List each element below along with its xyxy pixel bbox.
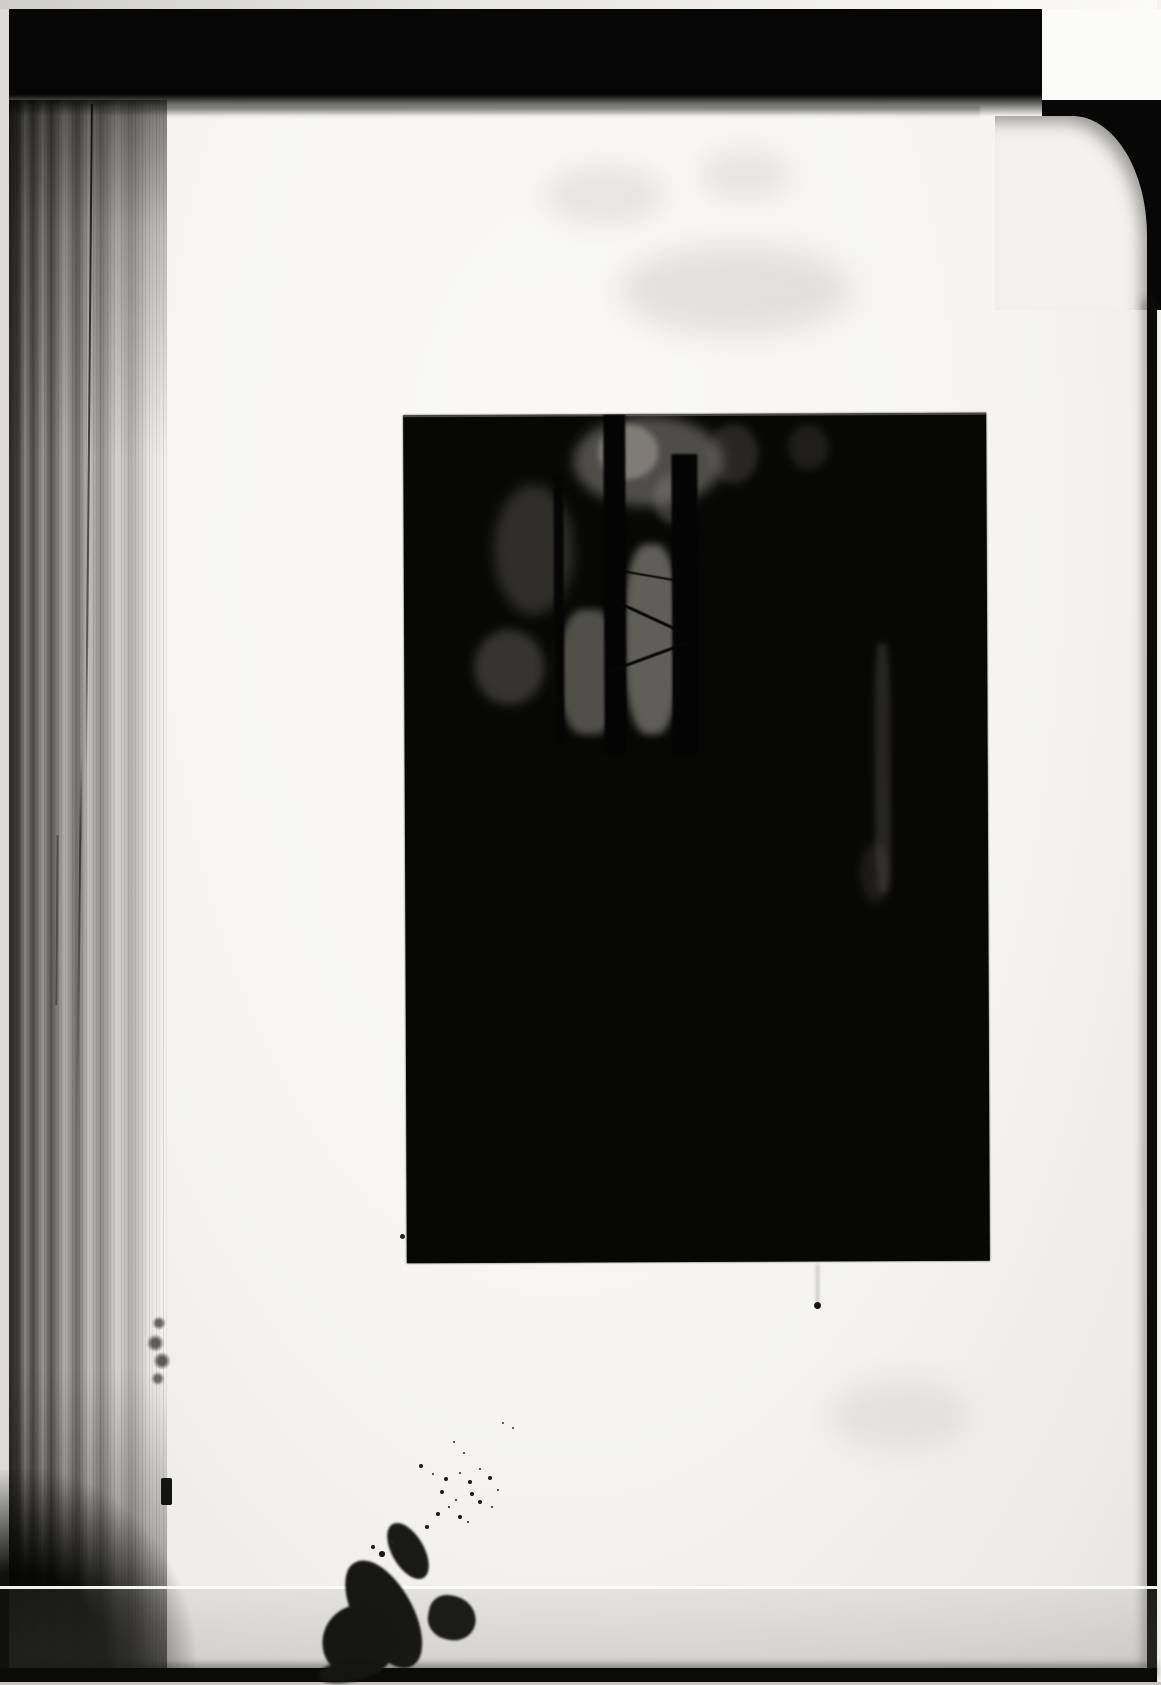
ink-spatter-specks [0,0,2,2]
paper-mottling [700,150,790,200]
scanner-backdrop-right-band [1147,300,1157,1668]
sky-gap-foliage [708,424,758,484]
sky-gap-foliage [788,424,828,469]
scanner-backdrop-top-bar [9,9,1042,116]
scanner-backdrop-bottom-strip [0,1668,1157,1682]
ink-blot-body [424,1591,480,1644]
horizontal-scan-line [0,1586,1157,1589]
paper-mottling [545,165,665,225]
ink-blot [300,1420,520,1682]
edge-smudge-mark [147,1312,171,1386]
ink-speck [400,1234,405,1239]
ink-speck-wisp [816,1264,819,1304]
page-top-edge-shading [100,106,980,118]
tree-trunk-silhouette [553,475,564,745]
sky-gap-foliage [474,630,544,705]
scan-top-sliver [0,0,1161,9]
tree-trunk-silhouette [671,454,698,754]
faint-trunk-highlight [860,843,890,903]
scan-left-sliver [0,9,9,1685]
tree-trunk-silhouette [603,414,626,754]
backdrop-notch [1042,9,1161,100]
paper-mottling [830,1380,970,1450]
lower-page-shading [9,1589,1157,1668]
photograph-plate [403,413,990,1264]
paper-mottling [620,245,850,335]
scanned-book-page [0,0,1161,1685]
